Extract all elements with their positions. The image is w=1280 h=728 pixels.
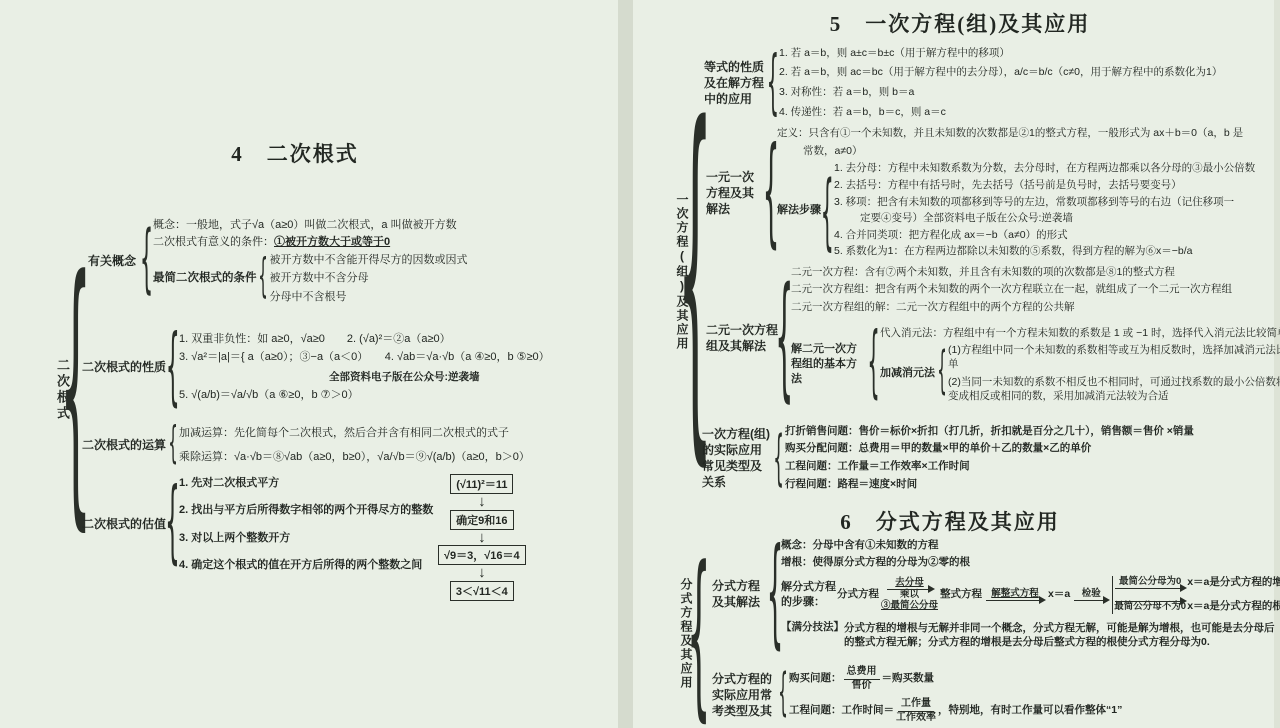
concepts-sub-brace: { [257,253,270,305]
estimation-step: 1. 先对二次根式平方 [179,476,433,490]
frac-concept: 概念：分母中含有①未知数的方程 [781,539,1280,553]
work-fraction: 工作量 工作效率 [896,699,936,723]
page-divider [618,0,633,728]
work-prefix: 工程问题：工作时间＝ [789,704,894,718]
branch-top-arrow: 最简公分母为0 [1113,577,1187,590]
branch-top-result: x＝a是分式方程的增根 [1187,576,1280,590]
branch-estimation-items: 1. 先对二次根式平方 2. 找出与平方后所得数字相邻的两个开得尽方的整数 3.… [179,476,433,572]
right-arrow-icon [887,589,933,591]
branch-bottom-result: x＝a是分式方程的根 [1187,600,1280,614]
tip-text: 分式方程的增根与无解并非同一个概念，分式方程无解，可能是解为增根，也可能是去分母… [844,621,1280,649]
frac-tip: 【满分技法】 分式方程的增根与无解并非同一个概念，分式方程无解，可能是解为增根，… [781,621,1280,649]
flow-step: (√11)²＝11 [450,474,513,494]
branch-linear1-label: 一元一次方程及其解法 [706,169,764,218]
watermark: 全部资料电子版在公众号:逆袭墙 [179,369,550,384]
right-arrow-icon [1115,588,1185,590]
branch-linear1-content: 定义：只含有①一个未知数，并且未知数的次数都是②1的整式方程，一般形式为 ax＋… [777,127,1255,259]
flow-node3: x＝a [1048,588,1070,602]
branch-top-cond: 最简公分母为0 [1119,577,1181,588]
branch-properties: 二次根式的性质 { 1. 双重非负性：如 a≥0，√a≥0 2. (√a)²＝②… [82,318,550,416]
apps2-buy-item: 购买问题： 总费用 售价 ＝购买数量 [789,667,1122,691]
linear1-steps-label: 解法步骤 [777,203,821,218]
right-arrow-icon [986,600,1044,602]
flow-node2: 整式方程 [940,588,982,602]
tip-tag: 【满分技法】 [781,621,844,649]
apps1-item: 工程问题：工作量＝工作效率×工作时间 [785,460,1194,474]
elimination-label: 加减消元法 [880,366,935,381]
elimination-item: (1)方程组中同一个未知数的系数相等或互为相反数时，选择加减消元法比较简单 [948,343,1280,371]
branch-frac-solve-brace: { [768,528,781,660]
branch-eq-props-items: 1. 若 a＝b，则 a±c＝b±c（用于解方程中的移项） 2. 若 a＝b，则… [779,47,1222,120]
concepts-line2-condition: ①被开方数大于或等于0 [274,236,390,248]
linear1-step: 3. 移项：把含有未知数的项都移到等号的左边，常数项都移到等号的右边（记住移项一 [834,196,1255,210]
concepts-line2-prefix: 二次根式有意义的条件： [153,236,274,248]
linear1-def-line2: 常数，a≠0） [777,145,1255,159]
properties-line1: 1. 双重非负性：如 a≥0，√a≥0 2. (√a)²＝②a（a≥0） [179,332,550,346]
linear2-methods-items: 代入消元法：方程组中有一个方程未知数的系数是 1 或 −1 时，选择代入消元法比… [880,326,1280,403]
branch-properties-brace: { [166,318,179,416]
linear2-item: 二元一次方程：含有⑦两个未知数，并且含有未知数的项的次数都是⑧1的整式方程 [791,266,1280,280]
apps1-item: 行程问题：路程＝速度×时间 [785,478,1194,492]
branch-apps2-label: 分式方程的实际应用常考类型及其 [712,671,776,720]
branch-properties-items: 1. 双重非负性：如 a≥0，√a≥0 2. (√a)²＝②a（a≥0） 3. … [179,332,550,402]
buy-numerator: 总费用 [844,667,880,680]
linear2-methods-brace: { [867,318,880,410]
eq-prop-item: 2. 若 a＝b，则 ac＝bc（用于解方程中的去分母），a/c＝b/c（c≠0… [779,66,1222,80]
frac-steps-label: 解分式方程的步骤： [781,580,837,610]
flow-step: 确定9和16 [450,510,513,530]
linear1-steps-brace: { [821,163,834,259]
right-arrow-icon [1074,600,1108,602]
down-arrow-icon: ↓ [478,566,486,580]
right-root: 一次方程(组)及其应用 { [676,46,701,498]
arrow3-top-label: 检验 [1082,589,1101,600]
work-suffix: ，特别地，有时工作量可以看作整体“1” [938,704,1122,718]
branch-estimation-brace: { [166,472,179,576]
arrow1-bottom-label2: ③最简公分母 [881,601,938,612]
flow-step: √9＝3，√16＝4 [438,545,526,565]
document-canvas: 4 二次根式 二次根式 { 有关概念 { 概念：一般地，式子√a（a≥0）叫做二… [0,0,1280,728]
estimation-step: 4. 确定这个根式的值在开方后所得的两个整数之间 [179,558,433,572]
frac-root: 分式方程及其应用 { [680,540,705,728]
branch-bottom-arrow: 最简公分母不为0 [1113,601,1187,614]
right-root-brace: { [688,46,701,498]
concepts-sub-items: 被开方数中不含能开得尽方的因数或因式 被开方数中不含分母 分母中不含根号 [270,253,468,304]
flow-branch-bottom: 最简公分母不为0 x＝a是分式方程的根 [1113,600,1280,614]
linear1-steps: 解法步骤 { 1. 去分母：方程中未知数系数为分数，去分母时，在方程两边都乘以各… [777,162,1255,259]
elimination-brace: { [935,343,948,403]
elimination-item: (2)当同一未知数的系数不相反也不相同时，可通过找系数的最小公倍数将系数变成相反… [948,375,1280,403]
branch-linear2-content: 二元一次方程：含有⑦两个未知数，并且含有未知数的项的次数都是⑧1的整式方程 二元… [791,266,1280,411]
right-arrow-icon [1115,601,1185,603]
elimination-items: (1)方程组中同一个未知数的系数相等或互为相反数时，选择加减消元法比较简单 (2… [948,343,1280,403]
branch-eq-props: 等式的性质及在解方程中的应用 { 1. 若 a＝b，则 a±c＝b±c（用于解方… [704,42,1222,124]
operations-line1: 加减运算：先化简每个二次根式，然后合并含有相同二次根式的式子 [179,426,530,440]
properties-line2: 3. √a²＝|a|＝{ a（a≥0）；③−a（a＜0） 4. √ab＝√a·√… [179,350,550,364]
flow-branch-top: 最简公分母为0 x＝a是分式方程的增根 [1113,576,1280,590]
concepts-sub: 最简二次根式的条件 { 被开方数中不含能开得尽方的因数或因式 被开方数中不含分母… [153,253,468,305]
concepts-line2: 二次根式有意义的条件：①被开方数大于或等于0 [153,235,468,249]
branch-concepts: 有关概念 { 概念：一般地，式子√a（a≥0）叫做二次根式，a 叫做被开方数 二… [88,218,468,305]
branch-linear2-brace: { [778,262,791,414]
linear1-step: 1. 去分母：方程中未知数系数为分数，去分母时，在方程两边都乘以各分母的③最小公… [834,162,1255,176]
arrow1-top-label: 去分母 [895,578,924,589]
sub-item: 被开方数中不含能开得尽方的因数或因式 [270,253,468,267]
down-arrow-icon: ↓ [478,531,486,545]
branch-linear2-label: 二元一次方程组及其解法 [706,322,778,354]
branch-linear1: 一元一次方程及其解法 { 定义：只含有①一个未知数，并且未知数的次数都是②1的整… [706,126,1255,260]
operations-line2: 乘除运算：√a·√b＝⑧√ab（a≥0，b≥0），√a/√b＝⑨√(a/b)（a… [179,450,530,464]
apps1-item: 购买分配问题：总费用＝甲的数量×甲的单价＋乙的数量×乙的单价 [785,442,1194,456]
left-root-brace: { [69,222,82,558]
right-page-title-1: 5 一次方程(组)及其应用 [660,8,1260,38]
substitution-method: 代入消元法：方程组中有一个方程未知数的系数是 1 或 −1 时，选择代入消元法比… [880,326,1280,340]
branch-frac-solve-content: 概念：分母中含有①未知数的方程 增根：使得原分式方程的分母为②零的根 解分式方程… [781,539,1280,649]
branch-properties-label: 二次根式的性质 [82,359,166,375]
branch-apps1-label: 一次方程(组)的实际应用常见类型及关系 [702,426,772,491]
buy-denominator: 售价 [852,680,872,692]
apps1-item: 打折销售问题：售价＝标价×折扣（打几折，折扣就是百分之几十），销售额＝售价 ×销… [785,425,1194,439]
branch-estimation-label: 二次根式的估值 [82,516,166,532]
eq-prop-item: 3. 对称性：若 a＝b，则 b＝a [779,86,1222,100]
buy-fraction: 总费用 售价 [844,667,880,691]
branch-linear2: 二元一次方程组及其解法 { 二元一次方程：含有⑦两个未知数，并且含有未知数的项的… [706,262,1280,414]
buy-suffix: ＝购买数量 [882,672,935,686]
branch-operations-items: 加减运算：先化简每个二次根式，然后合并含有相同二次根式的式子 乘除运算：√a·√… [179,426,530,464]
branch-frac-solve: 分式方程及其解法 { 概念：分母中含有①未知数的方程 增根：使得原分式方程的分母… [712,528,1280,660]
flow-arrow1: 去分母 乘以 ③最简公分母 [881,578,938,612]
branch-apps2: 分式方程的实际应用常考类型及其 { 购买问题： 总费用 售价 ＝购买数量 工程问… [712,666,1122,724]
apps2-work-item: 工程问题：工作时间＝ 工作量 工作效率 ，特别地，有时工作量可以看作整体“1” [789,699,1122,723]
work-denominator: 工作效率 [896,712,936,724]
work-numerator: 工作量 [898,699,934,712]
sub-item: 分母中不含根号 [270,290,468,304]
linear2-methods: 解二元一次方程组的基本方法 { 代入消元法：方程组中有一个方程未知数的系数是 1… [791,318,1280,410]
branch-apps2-brace: { [776,666,789,724]
branch-apps1-items: 打折销售问题：售价＝标价×折扣（打几折，折扣就是百分之几十），销售额＝售价 ×销… [785,425,1194,492]
left-root: 二次根式 { [56,222,82,558]
branch-eq-props-brace: { [766,42,779,124]
linear1-steps-items: 1. 去分母：方程中未知数系数为分数，去分母时，在方程两边都乘以各分母的③最小公… [834,162,1255,259]
branch-operations-brace: { [166,420,179,470]
branch-frac-solve-label: 分式方程及其解法 [712,578,768,610]
elimination-method: 加减消元法 { (1)方程组中同一个未知数的系数相等或互为相反数时，选择加减消元… [880,343,1280,403]
linear2-item: 二元一次方程组的解：二元一次方程组中的两个方程的公共解 [791,301,1280,315]
flow-start: 分式方程 [837,588,879,602]
linear2-item: 二元一次方程组：把含有两个未知数的两个一次方程联立在一起，就组成了一个二元一次方… [791,283,1280,297]
properties-line3: 5. √(a/b)＝√a/√b（a ⑥≥0，b ⑦＞0） [179,388,550,402]
estimation-flow: (√11)²＝11 ↓ 确定9和16 ↓ √9＝3，√16＝4 ↓ 3＜√11＜… [438,474,526,601]
linear1-step: 2. 去括号：方程中有括号时，先去括号（括号前是负号时，去括号要变号） [834,179,1255,193]
concepts-line1: 概念：一般地，式子√a（a≥0）叫做二次根式，a 叫做被开方数 [153,218,468,232]
branch-bottom-cond: 最简公分母不为0 [1114,602,1186,613]
linear1-def-line1: 定义：只含有①一个未知数，并且未知数的次数都是②1的整式方程，一般形式为 ax＋… [777,127,1255,141]
frac-flow: 解分式方程的步骤： 分式方程 去分母 乘以 ③最简公分母 整式方程 解整式方程 … [781,576,1280,613]
branch-linear1-brace: { [764,126,777,260]
eq-prop-item: 4. 传递性：若 a＝b，b＝c，则 a＝c [779,106,1222,120]
linear1-step: 定要④变号）全部资料电子版在公众号:逆袭墙 [834,212,1255,226]
concepts-sub-label: 最简二次根式的条件 [153,271,257,287]
branch-estimation: 二次根式的估值 { 1. 先对二次根式平方 2. 找出与平方后所得数字相邻的两个… [82,472,433,576]
linear2-methods-label: 解二元一次方程组的基本方法 [791,342,867,387]
flow-step: 3＜√11＜4 [450,581,514,601]
branch-concepts-brace: { [140,218,153,304]
flow-arrow3: 检验 [1072,589,1110,602]
branch-concepts-items: 概念：一般地，式子√a（a≥0）叫做二次根式，a 叫做被开方数 二次根式有意义的… [153,218,468,305]
branch-apps1-brace: { [772,424,785,492]
branch-eq-props-label: 等式的性质及在解方程中的应用 [704,59,766,108]
branch-apps2-items: 购买问题： 总费用 售价 ＝购买数量 工程问题：工作时间＝ 工作量 工作效率 ，… [789,667,1122,723]
flow-arrow2: 解整式方程 [984,589,1046,602]
linear1-step: 4. 合并同类项：把方程化成 ax＝−b（a≠0）的形式 [834,229,1255,243]
branch-concepts-label: 有关概念 [88,253,140,269]
estimation-step: 3. 对以上两个整数开方 [179,531,433,545]
flow-split: 最简公分母为0 x＝a是分式方程的增根 最简公分母不为0 x＝a是分式方程的根 [1112,576,1280,613]
buy-prefix: 购买问题： [789,672,842,686]
left-page-title: 4 二次根式 [0,138,590,168]
frac-root-brace: { [692,540,705,728]
eq-prop-item: 1. 若 a＝b，则 a±c＝b±c（用于解方程中的移项） [779,47,1222,61]
sub-item: 被开方数中不含分母 [270,271,468,285]
frac-extraneous: 增根：使得原分式方程的分母为②零的根 [781,556,1280,570]
branch-apps1: 一次方程(组)的实际应用常见类型及关系 { 打折销售问题：售价＝标价×折扣（打几… [702,424,1194,492]
branch-operations: 二次根式的运算 { 加减运算：先化简每个二次根式，然后合并含有相同二次根式的式子… [82,420,530,470]
branch-operations-label: 二次根式的运算 [82,437,166,453]
estimation-step: 2. 找出与平方后所得数字相邻的两个开得尽方的整数 [179,503,433,517]
frac-flow-diagram: 分式方程 去分母 乘以 ③最简公分母 整式方程 解整式方程 x＝a 检验 [837,576,1280,613]
arrow2-top-label: 解整式方程 [991,589,1039,600]
down-arrow-icon: ↓ [478,495,486,509]
linear1-step: 5. 系数化为1：在方程两边都除以未知数的⑤系数，得到方程的解为⑥x＝−b/a [834,245,1255,259]
